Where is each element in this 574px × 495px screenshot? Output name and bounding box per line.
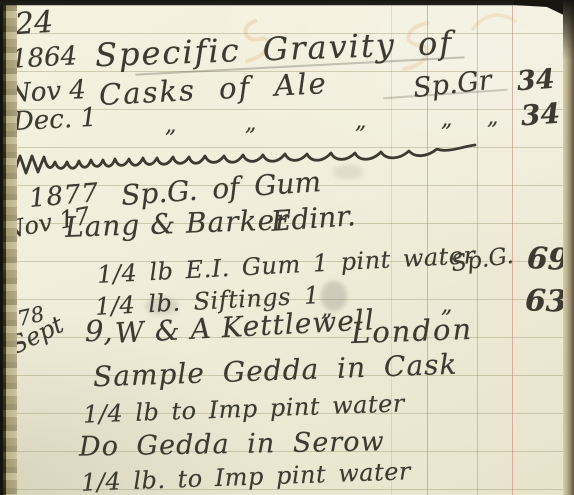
- place-name: London: [351, 315, 474, 348]
- ditto-mark: „: [355, 111, 366, 133]
- page-left-deckle-edge: [3, 5, 17, 495]
- ditto-mark: „: [245, 113, 256, 135]
- firm-name: Lang & Barker: [65, 206, 290, 242]
- gravity-value: 34: [520, 100, 561, 131]
- entry-date: Dec. 1: [12, 105, 97, 135]
- ledger-photo: 24 1864 Specific Gravity of Nov 4 Casks …: [0, 0, 574, 495]
- ink-showthrough: [469, 7, 519, 37]
- sp-gr-label: Sp.Gr: [412, 67, 493, 102]
- book-top-edge: [0, 0, 574, 6]
- ditto-mark: „: [165, 115, 176, 137]
- page-right-edge: [563, 0, 574, 495]
- gravity-value: 63: [524, 286, 567, 317]
- ditto-mark: „: [487, 107, 498, 129]
- entry-date: Nov 4: [7, 77, 86, 107]
- entry-day: 9,: [85, 317, 113, 346]
- ditto-mark: „: [441, 109, 452, 131]
- entry-text: Do Gedda in Serow: [79, 428, 385, 460]
- ledger-page: 24 1864 Specific Gravity of Nov 4 Casks …: [3, 5, 574, 495]
- gravity-value: 34: [516, 66, 555, 96]
- place-name: Edinr.: [270, 202, 356, 236]
- page-number: 24: [14, 8, 54, 41]
- entry-year: 1864: [10, 43, 77, 72]
